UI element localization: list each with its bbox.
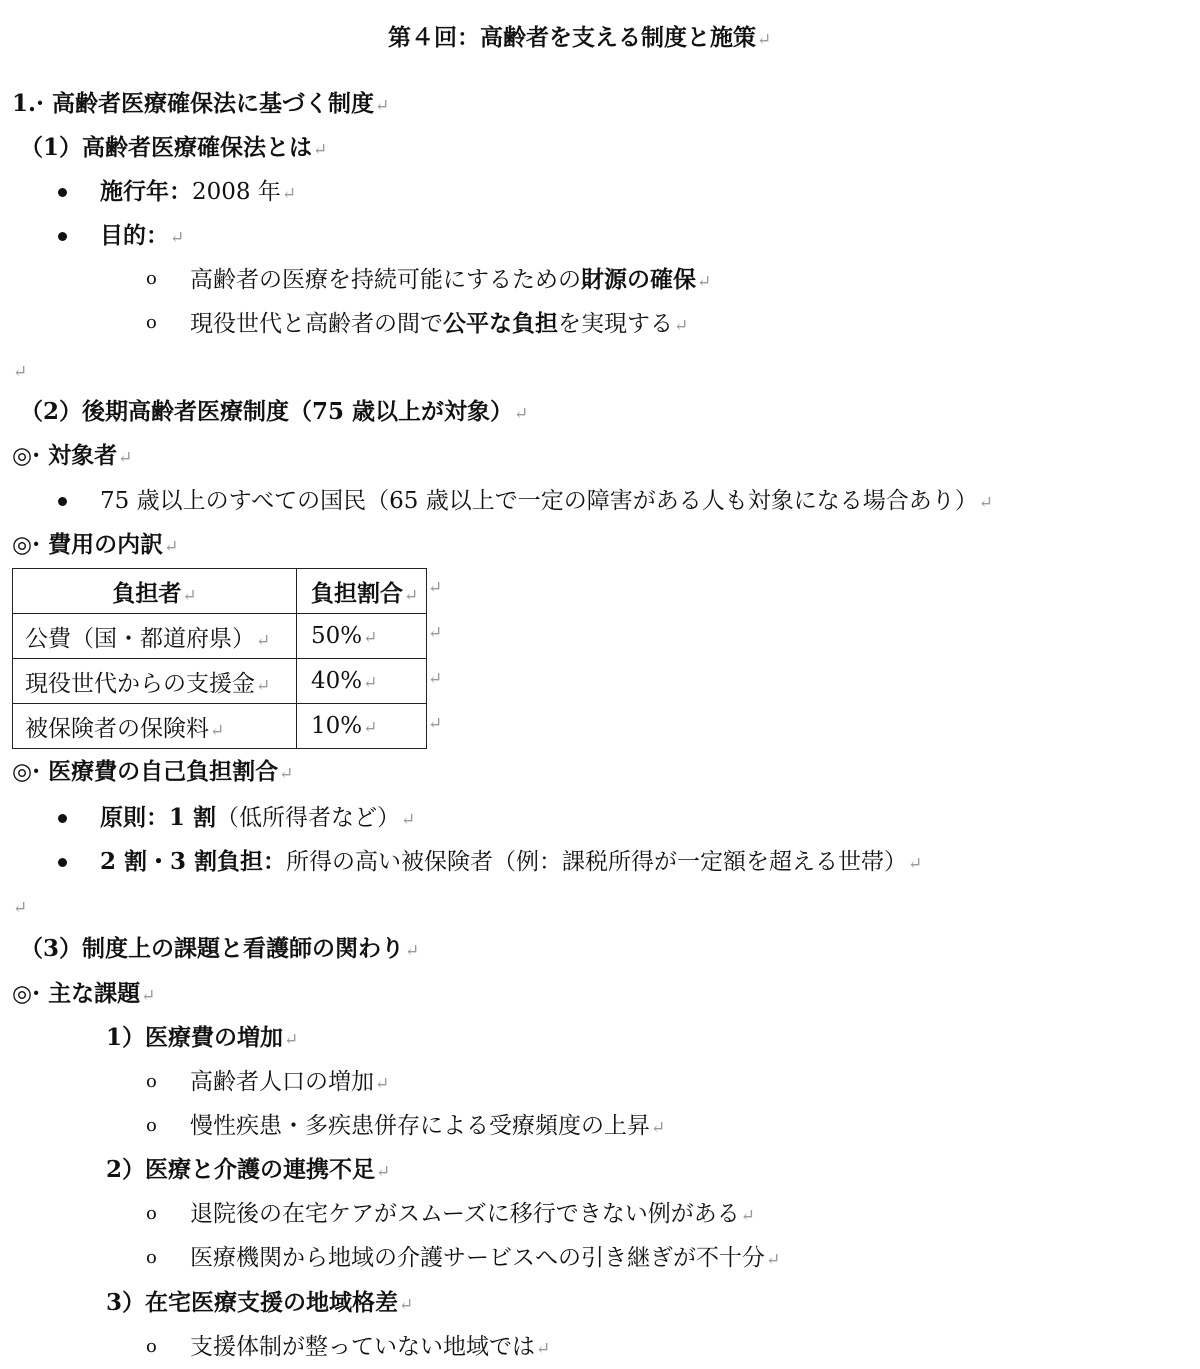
item-value: 2008 年 xyxy=(192,179,281,205)
row-end-mark-icon: ↵ xyxy=(428,578,442,598)
list-item: 2 割・3 割負担：所得の高い被保険者（例：課税所得が一定額を超える世帯）↵ xyxy=(100,847,922,879)
subsection-heading-text: （1）高齢者医療確保法とは xyxy=(20,134,312,161)
paragraph-mark-icon: ↵ xyxy=(13,898,27,918)
bullet-icon xyxy=(58,188,67,197)
list-item: 施行年：2008 年↵ xyxy=(100,177,296,209)
text: （低所得者など） xyxy=(216,805,400,831)
paragraph-mark-icon: ↵ xyxy=(757,30,771,50)
paragraph-mark-icon: ↵ xyxy=(375,1074,389,1094)
bullet-icon xyxy=(58,858,67,867)
hollow-bullet-icon: o xyxy=(146,1336,157,1357)
section-heading-1: 1.· 高齢者医療確保法に基づく制度↵ xyxy=(12,89,389,121)
cell-text: 負担者 xyxy=(112,580,181,607)
issue-title-text: 3）在宅医療支援の地域格差 xyxy=(106,1289,398,1316)
paragraph-mark-icon: ↵ xyxy=(363,628,377,648)
list-item: 退院後の在宅ケアがスムーズに移行できない例がある↵ xyxy=(190,1199,755,1231)
paragraph-mark-icon: ↵ xyxy=(405,941,419,961)
item-text: 高齢者人口の増加 xyxy=(190,1069,374,1095)
paragraph-mark-icon: ↵ xyxy=(697,272,711,292)
text: を実現する xyxy=(558,311,673,337)
hollow-bullet-icon: o xyxy=(146,268,157,289)
text: 高齢者の医療を持続可能にするための xyxy=(190,267,581,293)
paragraph-mark-icon: ↵ xyxy=(536,1339,550,1359)
cell-text: 40% xyxy=(311,668,362,694)
paragraph-mark-icon: ↵ xyxy=(182,586,196,606)
issue-title: 1）医療費の増加↵ xyxy=(106,1023,298,1055)
subsection-heading-1: （1）高齢者医療確保法とは↵ xyxy=(20,133,327,165)
cost-table: 負担者↵ 負担割合↵ 公費（国・都道府県）↵ 50%↵ 現役世代からの支援金↵ … xyxy=(12,568,427,749)
cell-text: 現役世代からの支援金 xyxy=(25,671,255,697)
cell-text: 10% xyxy=(311,713,362,739)
list-item: 現役世代と高齢者の間で公平な負担を実現する↵ xyxy=(190,309,688,341)
paragraph-mark-icon: ↵ xyxy=(170,228,184,248)
paragraph-mark-icon: ↵ xyxy=(13,362,27,382)
paragraph-mark-icon: ↵ xyxy=(651,1118,665,1138)
table-cell: 被保険者の保険料↵ xyxy=(13,704,297,749)
paragraph-mark-icon: ↵ xyxy=(363,718,377,738)
paragraph-mark-icon: ↵ xyxy=(313,140,327,160)
list-item: 支援体制が整っていない地域では↵ xyxy=(190,1332,550,1364)
subsection-heading-text: （2）後期高齢者医療制度（75 歳以上が対象） xyxy=(20,398,513,425)
text: 所得の高い被保険者（例：課税所得が一定額を超える世帯） xyxy=(286,849,907,875)
paragraph-mark-icon: ↵ xyxy=(908,854,922,874)
row-end-mark-icon: ↵ xyxy=(428,714,442,734)
table-row: 被保険者の保険料↵ 10%↵ xyxy=(13,704,427,749)
item-text: 慢性疾患・多疾患併存による受療頻度の上昇 xyxy=(190,1113,650,1139)
paragraph-mark-icon: ↵ xyxy=(141,986,155,1006)
issue-title-text: 2）医療と介護の連携不足 xyxy=(106,1156,375,1183)
hollow-bullet-icon: o xyxy=(146,1071,157,1092)
paragraph-mark-icon: ↵ xyxy=(741,1206,755,1226)
subsection-heading-3: （3）制度上の課題と看護師の関わり↵ xyxy=(20,934,419,966)
subsection-heading-text: （3）制度上の課題と看護師の関わり xyxy=(20,935,404,962)
hollow-bullet-icon: o xyxy=(146,1247,157,1268)
item-text: 退院後の在宅ケアがスムーズに移行できない例がある xyxy=(190,1201,740,1227)
table-cell: 公費（国・都道府県）↵ xyxy=(13,614,297,659)
target-heading: ◎· 対象者↵ xyxy=(12,441,132,473)
paragraph-mark-icon: ↵ xyxy=(164,537,178,557)
paragraph-mark-icon: ↵ xyxy=(363,673,377,693)
paragraph-mark-icon: ↵ xyxy=(766,1250,780,1270)
paragraph-mark-icon: ↵ xyxy=(118,448,132,468)
paragraph-mark-icon: ↵ xyxy=(514,404,528,424)
table-header-cell: 負担割合↵ xyxy=(297,569,427,614)
item-text: 75 歳以上のすべての国民（65 歳以上で一定の障害がある人も対象になる場合あり… xyxy=(100,488,978,514)
list-item: 原則：1 割（低所得者など）↵ xyxy=(100,803,415,835)
paragraph-mark-icon: ↵ xyxy=(979,493,993,513)
item-label: 施行年： xyxy=(100,178,192,205)
hollow-bullet-icon: o xyxy=(146,1115,157,1136)
cell-text: 公費（国・都道府県） xyxy=(25,626,255,652)
item-text: 医療機関から地域の介護サービスへの引き継ぎが不十分 xyxy=(190,1245,765,1271)
heading-text: ◎· 対象者 xyxy=(12,442,117,469)
bullet-icon xyxy=(58,232,67,241)
table-row: 現役世代からの支援金↵ 40%↵ xyxy=(13,659,427,704)
bullet-icon xyxy=(58,497,67,506)
paragraph-mark-icon: ↵ xyxy=(376,1162,390,1182)
paragraph-mark-icon: ↵ xyxy=(279,764,293,784)
paragraph-mark-icon: ↵ xyxy=(282,184,296,204)
list-item: 高齢者の医療を持続可能にするための財源の確保↵ xyxy=(190,265,711,297)
cell-text: 被保険者の保険料 xyxy=(25,716,209,742)
paragraph-mark-icon: ↵ xyxy=(674,316,688,336)
table-cell: 50%↵ xyxy=(297,614,427,659)
row-end-mark-icon: ↵ xyxy=(428,623,442,643)
paragraph-mark-icon: ↵ xyxy=(256,676,270,696)
table-header-cell: 負担者↵ xyxy=(13,569,297,614)
cell-text: 50% xyxy=(311,623,362,649)
bold-text: 公平な負担 xyxy=(443,310,558,337)
paragraph-mark-icon: ↵ xyxy=(375,96,389,116)
item-text: 支援体制が整っていない地域では xyxy=(190,1334,535,1360)
paragraph-mark-icon: ↵ xyxy=(399,1295,413,1315)
hollow-bullet-icon: o xyxy=(146,312,157,333)
section-heading-text: 1.· 高齢者医療確保法に基づく制度 xyxy=(12,90,374,117)
issue-title: 3）在宅医療支援の地域格差↵ xyxy=(106,1288,413,1320)
list-item: 目的：↵ xyxy=(100,221,184,253)
paragraph-mark-icon: ↵ xyxy=(256,631,270,651)
cost-heading: ◎· 費用の内訳↵ xyxy=(12,530,178,562)
table-cell: 10%↵ xyxy=(297,704,427,749)
table-cell: 現役世代からの支援金↵ xyxy=(13,659,297,704)
text: 現役世代と高齢者の間で xyxy=(190,311,443,337)
bold-text: 原則：1 割 xyxy=(100,804,216,831)
issue-title-text: 1）医療費の増加 xyxy=(106,1024,283,1051)
bullet-icon xyxy=(58,814,67,823)
table-cell: 40%↵ xyxy=(297,659,427,704)
paragraph-mark-icon: ↵ xyxy=(401,810,415,830)
heading-text: ◎· 費用の内訳 xyxy=(12,531,163,558)
paragraph-mark-icon: ↵ xyxy=(284,1030,298,1050)
paragraph-mark-icon: ↵ xyxy=(210,721,224,741)
copay-heading: ◎· 医療費の自己負担割合↵ xyxy=(12,757,293,789)
list-item: 75 歳以上のすべての国民（65 歳以上で一定の障害がある人も対象になる場合あり… xyxy=(100,486,993,518)
issues-heading: ◎· 主な課題↵ xyxy=(12,979,155,1011)
item-label: 目的： xyxy=(100,222,169,249)
table-row: 公費（国・都道府県）↵ 50%↵ xyxy=(13,614,427,659)
bold-text: 2 割・3 割負担： xyxy=(100,848,286,875)
list-item: 慢性疾患・多疾患併存による受療頻度の上昇↵ xyxy=(190,1111,665,1143)
cell-text: 負担割合 xyxy=(311,580,403,607)
paragraph-mark-icon: ↵ xyxy=(404,586,418,606)
table-header-row: 負担者↵ 負担割合↵ xyxy=(13,569,427,614)
subsection-heading-2: （2）後期高齢者医療制度（75 歳以上が対象）↵ xyxy=(20,397,528,429)
bold-text: 財源の確保 xyxy=(581,266,696,293)
list-item: 高齢者人口の増加↵ xyxy=(190,1067,389,1099)
hollow-bullet-icon: o xyxy=(146,1203,157,1224)
issue-title: 2）医療と介護の連携不足↵ xyxy=(106,1155,390,1187)
heading-text: ◎· 主な課題 xyxy=(12,980,140,1007)
empty-paragraph: ↵ xyxy=(12,355,27,387)
page-title-text: 第４回：高齢者を支える制度と施策 xyxy=(388,24,756,51)
heading-text: ◎· 医療費の自己負担割合 xyxy=(12,758,278,785)
list-item: 医療機関から地域の介護サービスへの引き継ぎが不十分↵ xyxy=(190,1243,780,1275)
row-end-mark-icon: ↵ xyxy=(428,669,442,689)
empty-paragraph: ↵ xyxy=(12,891,27,923)
page-title: 第４回：高齢者を支える制度と施策↵ xyxy=(388,23,771,55)
